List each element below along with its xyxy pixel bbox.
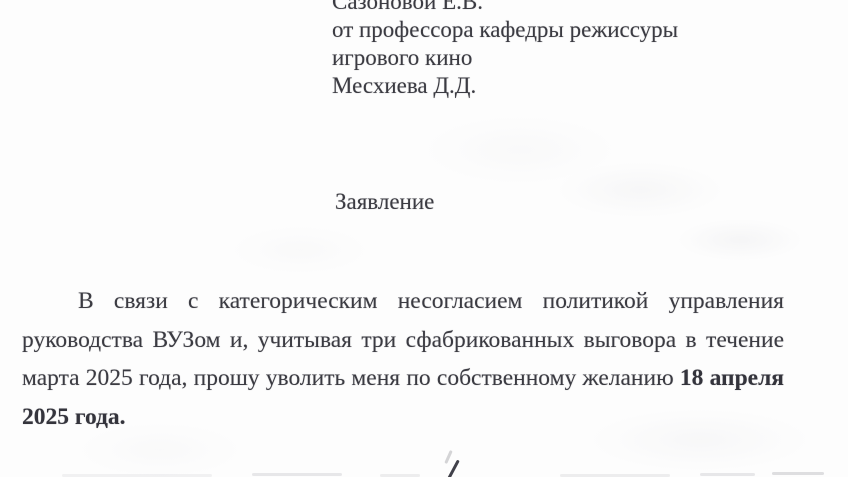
statement-body: В связи с категорическим несогласием пол… <box>22 282 784 436</box>
addressee-line-from: от профессора кафедры режиссуры <box>332 16 678 44</box>
addressee-block: Сазоновой Е.В. от профессора кафедры реж… <box>332 0 678 100</box>
body-line-1: В связи с категорическим несогласием пол… <box>22 282 784 321</box>
addressee-line-name: Месхиева Д.Д. <box>332 72 678 100</box>
document-title: Заявление <box>335 188 434 216</box>
addressee-line-cutoff: Сазоновой Е.В. <box>332 0 678 16</box>
body-line-2-text: руководства ВУЗом и, учитывая три сфабри… <box>22 327 784 353</box>
cutoff-text-remnant <box>252 473 342 476</box>
body-line-1-text: В связи с категорическим несогласием пол… <box>78 288 784 314</box>
cutoff-line-stroke-faint <box>444 450 452 464</box>
cutoff-line-stroke <box>447 460 460 477</box>
cutoff-text-remnant <box>700 473 755 476</box>
body-line-4: 2025 года. <box>22 398 784 437</box>
body-line-3-bold-date: 18 апреля <box>680 365 784 391</box>
scanned-document-page: Сазоновой Е.В. от профессора кафедры реж… <box>0 0 848 477</box>
body-line-4-bold-date: 2025 года. <box>22 404 126 430</box>
body-line-2: руководства ВУЗом и, учитывая три сфабри… <box>22 321 784 360</box>
cutoff-text-remnant <box>772 472 824 475</box>
addressee-line-department: игрового кино <box>332 44 678 72</box>
body-line-3-text: марта 2025 года, прошу уволить меня по с… <box>22 365 674 391</box>
body-line-3: марта 2025 года, прошу уволить меня по с… <box>22 359 784 398</box>
